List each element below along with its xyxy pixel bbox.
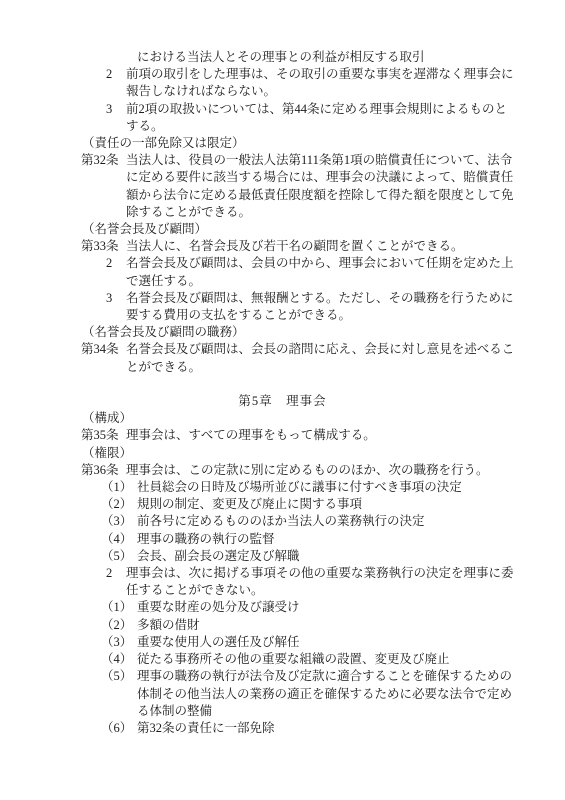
item-number: （4）: [101, 651, 137, 668]
document-line: 理事の職務の執行が法令及び定款に適合することを確保するための: [137, 668, 565, 685]
paragraph-block: 2理事会は、次に掲げる事項その他の重要な業務執行の決定を理事に委任することができ…: [0, 565, 565, 599]
paragraph-block: 3名誉会長及び顧問は、無報酬とする。ただし、その職務を行うために要する費用の支払…: [0, 290, 565, 324]
article-number: 第34条: [81, 341, 126, 358]
paragraph-number: 3: [106, 290, 126, 307]
article-block: 第34条名誉会長及び顧問は、会長の諮問に応え、会長に対し意見を述べることができる…: [0, 341, 565, 375]
list-item-block: （1）重要な財産の処分及び譲受け: [0, 599, 565, 616]
list-item-block: （5）理事の職務の執行が法令及び定款に適合することを確保するための体制その他当法…: [0, 668, 565, 720]
text-column: 当法人は、役員の一般法人法第111条第1項の賠償責任について、法令に定める要件に…: [126, 152, 565, 221]
item-number: （2）: [101, 496, 137, 513]
article-caption: （構成）: [0, 410, 565, 427]
article-block: 第36条理事会は、この定款に別に定めるもののほか、次の職務を行う。: [0, 462, 565, 479]
list-item-block: （3）重要な使用人の選任及び解任: [0, 634, 565, 651]
text-column: 多額の借財: [137, 617, 565, 634]
document-page: における当法人とその理事との利益が相反する取引2前項の取引をした理事は、その取引…: [0, 0, 565, 800]
paragraph-block: 3前2項の取扱いについては、第44条に定める理事会規則によるものとする。: [0, 101, 565, 135]
document-body: における当法人とその理事との利益が相反する取引2前項の取引をした理事は、その取引…: [0, 49, 565, 737]
document-line: る体制の整備: [137, 703, 565, 720]
list-item-block: （2）多額の借財: [0, 617, 565, 634]
article-caption: （名誉会長及び顧問）: [0, 221, 565, 238]
list-item-block: （3）前各号に定めるもののほか当法人の業務執行の決定: [0, 513, 565, 530]
document-line: 重要な財産の処分及び譲受け: [137, 599, 565, 616]
chapter-heading: 第5章 理事会: [0, 393, 565, 410]
document-line: 第32条の責任に一部免除: [137, 720, 565, 737]
document-line: 前各号に定めるもののほか当法人の業務執行の決定: [137, 513, 565, 530]
article-number: 第32条: [81, 152, 126, 169]
text-column: 社員総会の日時及び場所並びに議事に付すべき事項の決定: [137, 479, 565, 496]
article-caption: （責任の一部免除又は限定）: [0, 135, 565, 152]
article-number: 第36条: [81, 462, 126, 479]
article-block: 第32条当法人は、役員の一般法人法第111条第1項の賠償責任について、法令に定め…: [0, 152, 565, 221]
document-line: 従たる事務所その他の重要な組織の設置、変更及び廃止: [137, 651, 565, 668]
text-column: 前2項の取扱いについては、第44条に定める理事会規則によるものとする。: [126, 101, 565, 135]
text-column: 規則の制定、変更及び廃止に関する事項: [137, 496, 565, 513]
text-column: における当法人とその理事との利益が相反する取引: [137, 49, 565, 66]
continuation-block: における当法人とその理事との利益が相反する取引: [0, 49, 565, 66]
paragraph-number: 2: [106, 565, 126, 582]
item-number: （6）: [101, 720, 137, 737]
text-column: 重要な財産の処分及び譲受け: [137, 599, 565, 616]
blank-line: [0, 376, 565, 393]
text-column: 前各号に定めるもののほか当法人の業務執行の決定: [137, 513, 565, 530]
paragraph-number: 3: [106, 101, 126, 118]
document-line: で選任する。: [126, 273, 565, 290]
item-number: （5）: [101, 668, 137, 685]
document-line: 会長、副会長の選定及び解職: [137, 548, 565, 565]
document-line: 前項の取引をした理事は、その取引の重要な事実を遅滞なく理事会に: [126, 66, 565, 83]
text-column: 理事会は、すべての理事をもって構成する。: [126, 427, 565, 444]
item-number: （2）: [101, 617, 137, 634]
document-line: 理事会は、この定款に別に定めるもののほか、次の職務を行う。: [126, 462, 565, 479]
item-number: （3）: [101, 634, 137, 651]
paragraph-block: 2前項の取引をした理事は、その取引の重要な事実を遅滞なく理事会に報告しなければな…: [0, 66, 565, 100]
text-column: 当法人に、名誉会長及び若干名の顧問を置くことができる。: [126, 238, 565, 255]
article-caption: （名誉会長及び顧問の職務）: [0, 324, 565, 341]
list-item-block: （2）規則の制定、変更及び廃止に関する事項: [0, 496, 565, 513]
document-line: 報告しなければならない。: [126, 83, 565, 100]
paragraph-number: 2: [106, 255, 126, 272]
document-line: 重要な使用人の選任及び解任: [137, 634, 565, 651]
paragraph-block: 2名誉会長及び顧問は、会員の中から、理事会において任期を定めた上で選任する。: [0, 255, 565, 289]
text-column: 従たる事務所その他の重要な組織の設置、変更及び廃止: [137, 651, 565, 668]
document-line: 理事会は、すべての理事をもって構成する。: [126, 427, 565, 444]
article-block: 第33条当法人に、名誉会長及び若干名の顧問を置くことができる。: [0, 238, 565, 255]
text-column: 会長、副会長の選定及び解職: [137, 548, 565, 565]
document-line: 体制その他当法人の業務の適正を確保するために必要な法令で定め: [137, 686, 565, 703]
item-number: （4）: [101, 531, 137, 548]
document-line: 理事会は、次に掲げる事項その他の重要な業務執行の決定を理事に委: [126, 565, 565, 582]
article-number: 第33条: [81, 238, 126, 255]
document-line: する。: [126, 118, 565, 135]
text-column: 理事の職務の執行が法令及び定款に適合することを確保するための体制その他当法人の業…: [137, 668, 565, 720]
document-line: 前2項の取扱いについては、第44条に定める理事会規則によるものと: [126, 101, 565, 118]
document-line: 名誉会長及び顧問は、無報酬とする。ただし、その職務を行うために: [126, 290, 565, 307]
document-line: 額から法令に定める最低責任限度額を控除して得た額を限度として免: [126, 187, 565, 204]
list-item-block: （4）理事の職務の執行の監督: [0, 531, 565, 548]
item-number: （3）: [101, 513, 137, 530]
list-item-block: （4）従たる事務所その他の重要な組織の設置、変更及び廃止: [0, 651, 565, 668]
document-line: 社員総会の日時及び場所並びに議事に付すべき事項の決定: [137, 479, 565, 496]
document-line: 任することができない。: [126, 582, 565, 599]
document-line: 要する費用の支払をすることができる。: [126, 307, 565, 324]
item-number: （1）: [101, 479, 137, 496]
text-column: 理事の職務の執行の監督: [137, 531, 565, 548]
document-line: とができる。: [126, 359, 565, 376]
document-line: 名誉会長及び顧問は、会長の諮問に応え、会長に対し意見を述べるこ: [126, 341, 565, 358]
document-line: 理事の職務の執行の監督: [137, 531, 565, 548]
paragraph-number: 2: [106, 66, 126, 83]
text-column: 重要な使用人の選任及び解任: [137, 634, 565, 651]
article-caption: （権限）: [0, 445, 565, 462]
text-column: 理事会は、この定款に別に定めるもののほか、次の職務を行う。: [126, 462, 565, 479]
text-column: 名誉会長及び顧問は、会長の諮問に応え、会長に対し意見を述べることができる。: [126, 341, 565, 375]
list-item-block: （5）会長、副会長の選定及び解職: [0, 548, 565, 565]
text-column: 第32条の責任に一部免除: [137, 720, 565, 737]
document-line: 規則の制定、変更及び廃止に関する事項: [137, 496, 565, 513]
document-line: 除することができる。: [126, 204, 565, 221]
document-line: 当法人は、役員の一般法人法第111条第1項の賠償責任について、法令: [126, 152, 565, 169]
article-number: 第35条: [81, 427, 126, 444]
document-line: に定める要件に該当する場合には、理事会の決議によって、賠償責任: [126, 169, 565, 186]
list-item-block: （6）第32条の責任に一部免除: [0, 720, 565, 737]
document-line: 名誉会長及び顧問は、会員の中から、理事会において任期を定めた上: [126, 255, 565, 272]
document-line: 当法人に、名誉会長及び若干名の顧問を置くことができる。: [126, 238, 565, 255]
text-column: 理事会は、次に掲げる事項その他の重要な業務執行の決定を理事に委任することができな…: [126, 565, 565, 599]
document-line: 多額の借財: [137, 617, 565, 634]
text-column: 名誉会長及び顧問は、無報酬とする。ただし、その職務を行うために要する費用の支払を…: [126, 290, 565, 324]
article-block: 第35条理事会は、すべての理事をもって構成する。: [0, 427, 565, 444]
list-item-block: （1）社員総会の日時及び場所並びに議事に付すべき事項の決定: [0, 479, 565, 496]
item-number: （5）: [101, 548, 137, 565]
document-line: における当法人とその理事との利益が相反する取引: [137, 49, 565, 66]
item-number: （1）: [101, 599, 137, 616]
text-column: 名誉会長及び顧問は、会員の中から、理事会において任期を定めた上で選任する。: [126, 255, 565, 289]
text-column: 前項の取引をした理事は、その取引の重要な事実を遅滞なく理事会に報告しなければなら…: [126, 66, 565, 100]
